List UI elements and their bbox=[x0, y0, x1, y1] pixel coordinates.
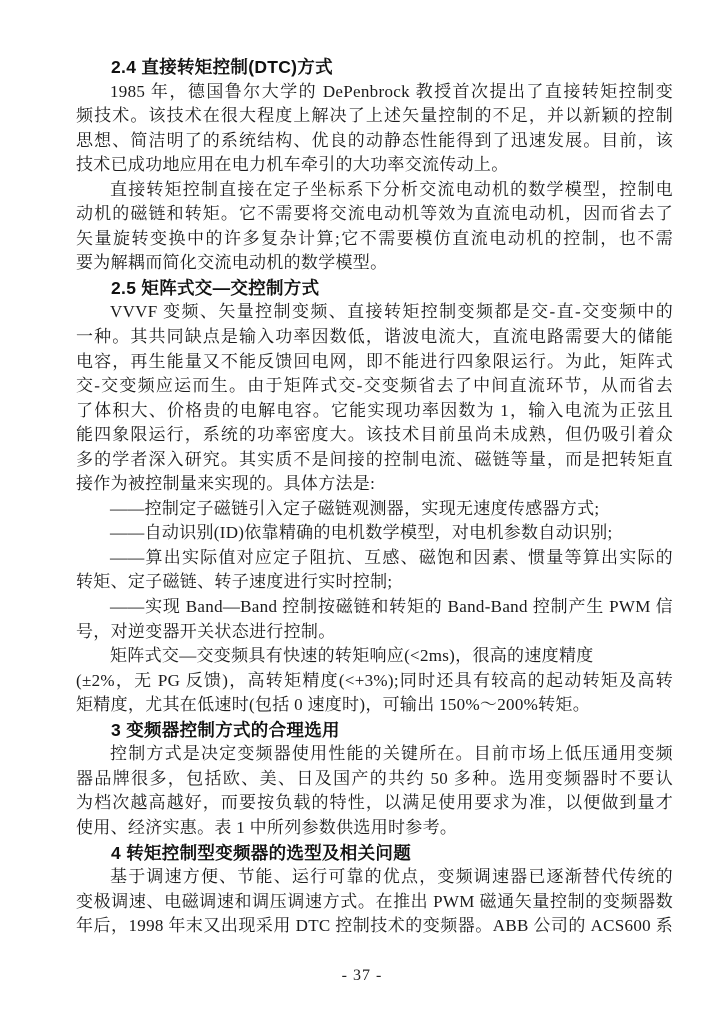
section-heading: 2.5 矩阵式交—交控制方式 bbox=[76, 276, 673, 301]
text-line: 一种。其共同缺点是输入功率因数低，谐波电流大，直流电路需要大的储能 bbox=[76, 325, 673, 350]
text-line: 了体积大、价格贵的电解电容。它能实现功率因数为 1，输入电流为正弦且 bbox=[76, 399, 673, 424]
text-line: 频技术。该技术在很大程度上解决了上述矢量控制的不足，并以新颖的控制 bbox=[76, 104, 673, 129]
text-line: 思想、简洁明了的系统结构、优良的动静态性能得到了迅速发展。目前，该 bbox=[76, 129, 673, 154]
text-line: 为档次越高越好，而要按负载的特性，以满足使用要求为准，以便做到量才 bbox=[76, 791, 673, 816]
text-line: 使用、经济实惠。表 1 中所列参数供选用时参考。 bbox=[76, 816, 673, 841]
text-line: 直接转矩控制直接在定子坐标系下分析交流电动机的数学模型，控制电 bbox=[76, 178, 673, 203]
section-heading: 2.4 直接转矩控制(DTC)方式 bbox=[76, 55, 673, 80]
text-line: 能四象限运行，系统的功率密度大。该技术目前虽尚未成熟，但仍吸引着众 bbox=[76, 423, 673, 448]
text-line: 技术已成功地应用在电力机车牵引的大功率交流传动上。 bbox=[76, 153, 673, 178]
text-line: 矢量旋转变换中的许多复杂计算;它不需要模仿直流电动机的控制，也不需 bbox=[76, 227, 673, 252]
text-line: ——算出实际值对应定子阻抗、互感、磁饱和因素、惯量等算出实际的 bbox=[76, 546, 673, 571]
text-line: VVVF 变频、矢量控制变频、直接转矩控制变频都是交-直-交变频中的 bbox=[76, 300, 673, 325]
document-page: 2.4 直接转矩控制(DTC)方式1985 年，德国鲁尔大学的 DePenbro… bbox=[0, 0, 724, 1024]
section-heading: 3 变频器控制方式的合理选用 bbox=[76, 718, 673, 743]
text-line: 矩精度，尤其在低速时(包括 0 速度时)，可输出 150%～200%转矩。 bbox=[76, 693, 673, 718]
text-line: ——实现 Band—Band 控制按磁链和转矩的 Band-Band 控制产生 … bbox=[76, 595, 673, 620]
document-text: 2.4 直接转矩控制(DTC)方式1985 年，德国鲁尔大学的 DePenbro… bbox=[76, 55, 673, 939]
text-line: (±2%，无 PG 反馈)，高转矩精度(<+3%);同时还具有较高的起动转矩及高… bbox=[76, 669, 673, 694]
text-line: 电容，再生能量又不能反馈回电网，即不能进行四象限运行。为此，矩阵式 bbox=[76, 350, 673, 375]
text-line: 年后，1998 年末又出现采用 DTC 控制技术的变频器。ABB 公司的 ACS… bbox=[76, 914, 673, 939]
text-line: 变极调速、电磁调速和调压调速方式。在推出 PWM 磁通矢量控制的变频器数 bbox=[76, 890, 673, 915]
text-line: 多的学者深入研究。其实质不是间接的控制电流、磁链等量，而是把转矩直 bbox=[76, 448, 673, 473]
text-line: 转矩、定子磁链、转子速度进行实时控制; bbox=[76, 570, 673, 595]
text-line: ——控制定子磁链引入定子磁链观测器，实现无速度传感器方式; bbox=[76, 497, 673, 522]
text-line: 基于调速方便、节能、运行可靠的优点，变频调速器已逐渐替代传统的 bbox=[76, 865, 673, 890]
text-line: 号，对逆变器开关状态进行控制。 bbox=[76, 620, 673, 645]
page-number: - 37 - bbox=[0, 967, 724, 985]
text-line: 器品牌很多，包括欧、美、日及国产的共约 50 多种。选用变频器时不要认 bbox=[76, 767, 673, 792]
text-line: 要为解耦而简化交流电动机的数学模型。 bbox=[76, 251, 673, 276]
text-line: ——自动识别(ID)依靠精确的电机数学模型，对电机参数自动识别; bbox=[76, 521, 673, 546]
text-line: 交-交变频应运而生。由于矩阵式交-交变频省去了中间直流环节，从而省去 bbox=[76, 374, 673, 399]
text-line: 1985 年，德国鲁尔大学的 DePenbrock 教授首次提出了直接转矩控制变 bbox=[76, 80, 673, 105]
text-line: 接作为被控制量来实现的。具体方法是: bbox=[76, 472, 673, 497]
text-line: 动机的磁链和转矩。它不需要将交流电动机等效为直流电动机，因而省去了 bbox=[76, 202, 673, 227]
text-line: 矩阵式交—交变频具有快速的转矩响应(<2ms)，很高的速度精度 bbox=[76, 644, 673, 669]
text-line: 控制方式是决定变频器使用性能的关键所在。目前市场上低压通用变频 bbox=[76, 742, 673, 767]
section-heading: 4 转矩控制型变频器的选型及相关问题 bbox=[76, 841, 673, 866]
